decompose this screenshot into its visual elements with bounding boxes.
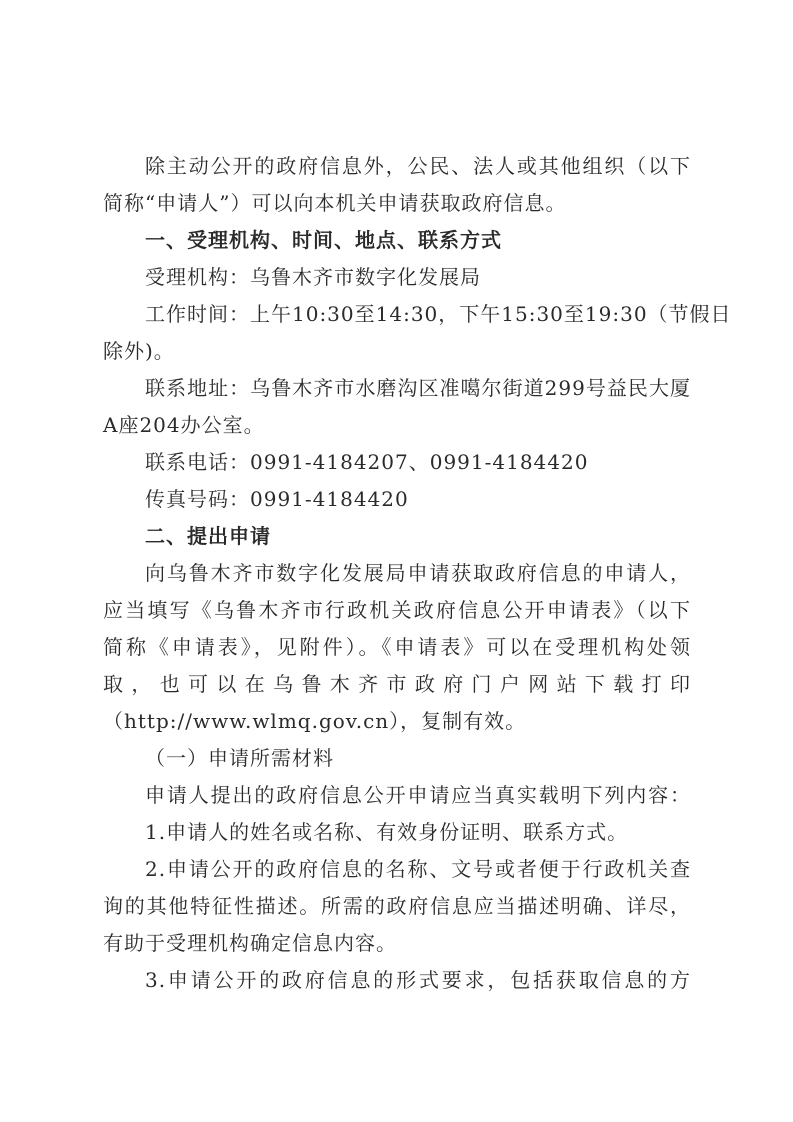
section-heading-1: 一、受理机构、时间、地点、联系方式 — [103, 222, 691, 258]
subsection-heading-1: （一）申请所需材料 — [103, 740, 691, 776]
intro-paragraph-line-2: 简称“申请人”）可以向本机关申请获取政府信息。 — [103, 185, 691, 221]
list-item-3-line-1: 3.申请公开的政府信息的形式要求，包括获取信息的方 — [103, 962, 691, 998]
fax-line: 传真号码：0991-4184420 — [103, 481, 691, 517]
application-paragraph-line-5-url: （http://www.wlmq.gov.cn），复制有效。 — [103, 703, 691, 739]
address-line-1: 联系地址：乌鲁木齐市水磨沟区准噶尔街道299号益民大厦 — [103, 370, 691, 406]
list-item-2-line-2: 询的其他特征性描述。所需的政府信息应当描述明确、详尽， — [103, 888, 691, 924]
application-paragraph-line-1: 向乌鲁木齐市数字化发展局申请获取政府信息的申请人， — [103, 555, 691, 591]
agency-line: 受理机构：乌鲁木齐市数字化发展局 — [103, 259, 691, 295]
materials-intro-line: 申请人提出的政府信息公开申请应当真实载明下列内容： — [103, 777, 691, 813]
phone-line: 联系电话：0991-4184207、0991-4184420 — [103, 444, 691, 480]
intro-paragraph-line-1: 除主动公开的政府信息外，公民、法人或其他组织（以下 — [103, 148, 691, 184]
hours-line-2: 除外)。 — [103, 333, 691, 369]
list-item-2-line-3: 有助于受理机构确定信息内容。 — [103, 925, 691, 961]
address-line-2: A座204办公室。 — [103, 407, 691, 443]
list-item-2-line-1: 2.申请公开的政府信息的名称、文号或者便于行政机关查 — [103, 851, 691, 887]
application-paragraph-line-3: 简称《申请表》，见附件）。《申请表》可以在受理机构处领 — [103, 629, 691, 665]
application-paragraph-line-2: 应当填写《乌鲁木齐市行政机关政府信息公开申请表》（以下 — [103, 592, 691, 628]
section-heading-2: 二、提出申请 — [103, 518, 691, 554]
application-paragraph-line-4: 取，也可以在乌鲁木齐市政府门户网站下载打印 — [103, 666, 691, 702]
list-item-1: 1.申请人的姓名或名称、有效身份证明、联系方式。 — [103, 814, 691, 850]
hours-line-1: 工作时间：上午10:30至14:30，下午15:30至19:30（节假日 — [103, 296, 691, 332]
